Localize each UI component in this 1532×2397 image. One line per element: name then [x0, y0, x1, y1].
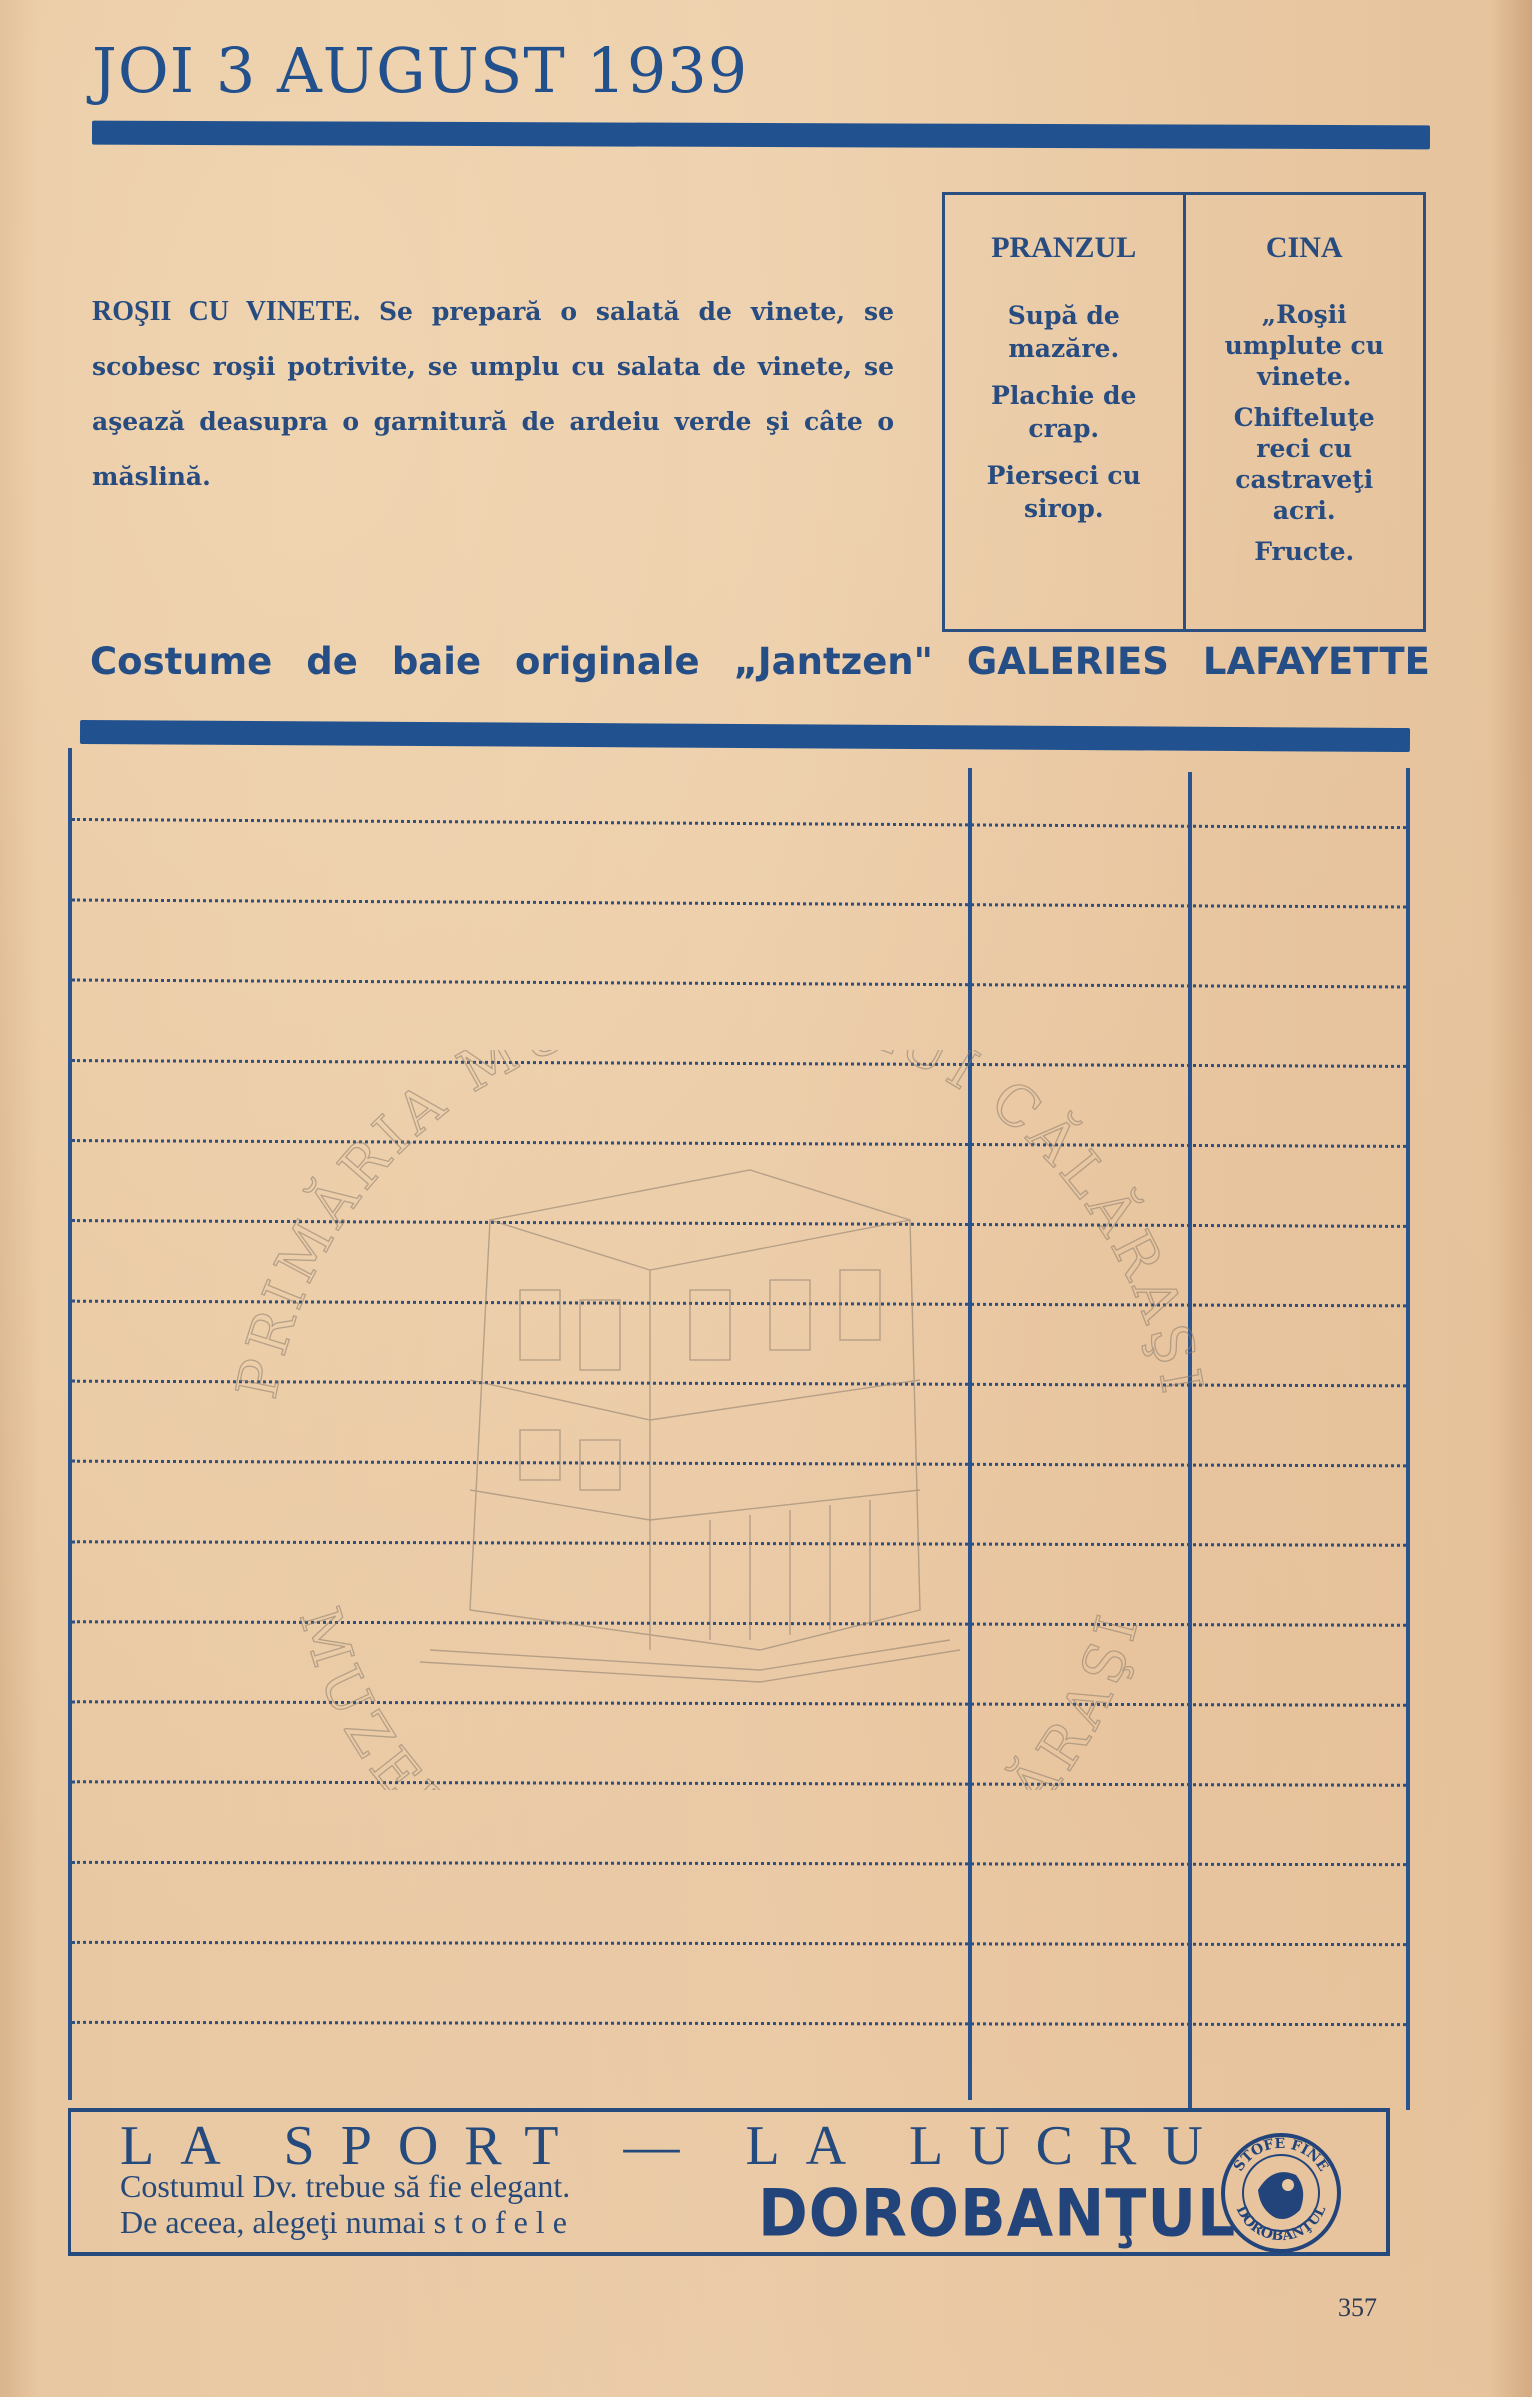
recipe-text: ROŞII CU VINETE. Se prepară o salată de …	[92, 284, 894, 504]
advert-subtext: Costumul Dv. trebue să fie elegant. De a…	[120, 2168, 575, 2240]
table-left-border	[68, 748, 72, 2100]
watermark-bottom-text: MUZEUL MUNICIPAL CĂLĂRAŞI	[286, 1600, 1153, 1790]
museum-watermark-emblem: PRIMĂRIA MUNICIPIULUI CĂLĂRAŞI MUZEUL MU…	[230, 1050, 1210, 1790]
svg-text:MUZEUL MUNICIPAL CĂLĂRAŞI: MUZEUL MUNICIPAL CĂLĂRAŞI	[286, 1600, 1153, 1790]
advert-jantzen: Costume de baie originale „Jantzen" GALE…	[90, 640, 1430, 683]
menu-item: Pierseci cu sirop.	[974, 459, 1154, 525]
building-icon	[420, 1170, 960, 1682]
menu-item: Chifteluţe reci cu castraveţi acri.	[1214, 402, 1394, 526]
dorobantul-logo-icon: STOFE FINE DOROBANŢUL	[1218, 2130, 1344, 2256]
page-title: JOI 3 AUGUST 1939	[92, 40, 748, 102]
advert-word: originale	[515, 640, 700, 683]
header-divider	[92, 121, 1430, 150]
page-number: 357	[1338, 2293, 1377, 2323]
ruled-line[interactable]	[72, 818, 1406, 829]
menu-heading-lunch: PRANZUL	[991, 231, 1136, 265]
advert-brand: DOROBANŢUL	[758, 2176, 1236, 2252]
ruled-line[interactable]	[72, 1941, 1406, 1946]
svg-text:PRIMĂRIA MUNICIPIULUI CĂLĂRAŞI: PRIMĂRIA MUNICIPIULUI CĂLĂRAŞI	[230, 1050, 1210, 1404]
menu-column-lunch: PRANZUL Supă de mazăre. Plachie de crap.…	[945, 195, 1183, 629]
menu-item: Supă de mazăre.	[974, 299, 1154, 365]
advert-line-2: De aceea, alegeţi numai stofele	[120, 2204, 575, 2240]
advert-line-2-spaced: stofele	[434, 2204, 575, 2240]
menu-column-dinner: CINA „Roşii umplute cu vinete. Chifteluţ…	[1183, 195, 1424, 629]
advert-word: „Jantzen"	[734, 640, 933, 683]
menu-item: „Roşii umplute cu vinete.	[1214, 299, 1394, 392]
advert-word: LAFAYETTE	[1203, 640, 1430, 683]
advert-word: de	[306, 640, 358, 683]
ruled-line[interactable]	[72, 1861, 1406, 1866]
table-top-rule	[80, 720, 1410, 752]
menu-heading-dinner: CINA	[1266, 231, 1343, 265]
ruled-line[interactable]	[72, 979, 1406, 989]
recipe-title: ROŞII CU VINETE.	[92, 296, 360, 327]
advert-line-1: Costumul Dv. trebue să fie elegant.	[120, 2168, 575, 2204]
menu-box: PRANZUL Supă de mazăre. Plachie de crap.…	[942, 192, 1426, 632]
ruled-line[interactable]	[72, 899, 1406, 909]
advert-word: GALERIES	[967, 640, 1169, 683]
advert-word: baie	[392, 640, 481, 683]
watermark-top-text: PRIMĂRIA MUNICIPIULUI CĂLĂRAŞI	[230, 1050, 1210, 1404]
menu-item: Plachie de crap.	[974, 379, 1154, 445]
advert-word: Costume	[90, 640, 272, 683]
table-right-border	[1406, 768, 1410, 2110]
menu-item: Fructe.	[1214, 536, 1394, 567]
advert-line-2-prefix: De aceea, alegeţi numai	[120, 2204, 426, 2240]
ruled-line[interactable]	[72, 2021, 1406, 2026]
